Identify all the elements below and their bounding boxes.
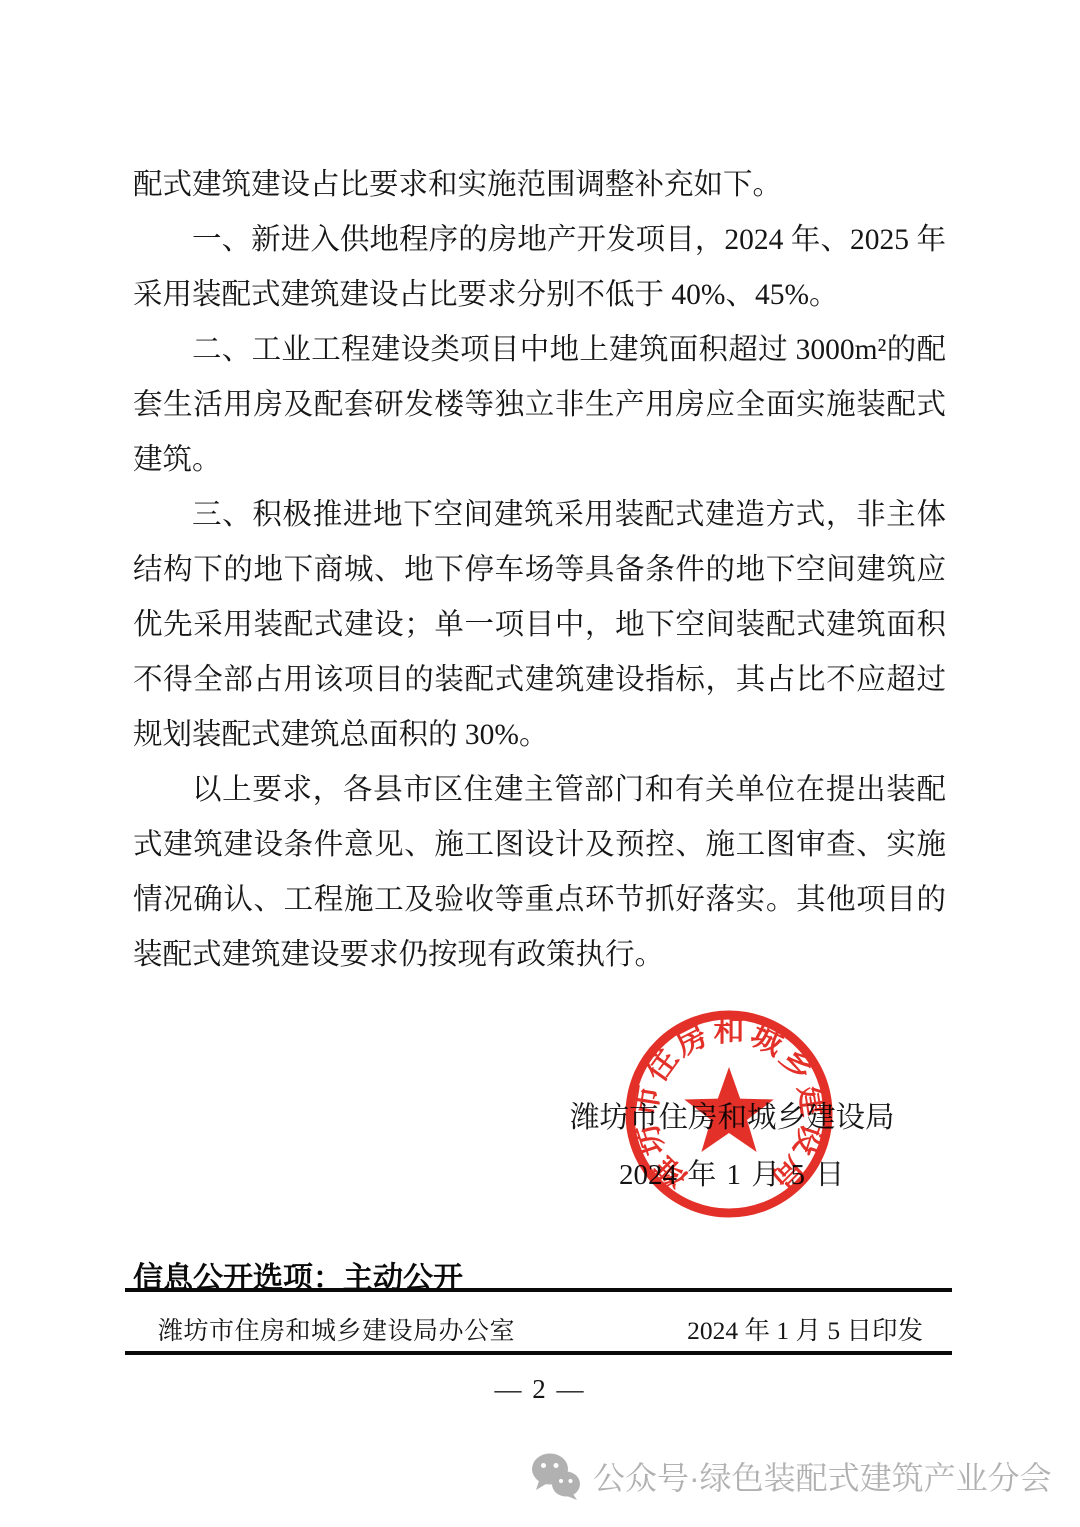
seal-char: 局 [765,1150,812,1197]
footer-divider-bottom [125,1351,952,1355]
watermark-label: 公众号·绿色装配式建筑产业分会 [593,1453,1052,1499]
official-seal-stamp: 潍 坊 市 住 房 和 城 乡 建 设 局 [617,1002,841,1226]
issuing-office: 潍坊市住房和城乡建设局办公室 [158,1311,515,1347]
seal-char: 乡 [773,1042,820,1088]
seal-star-icon [684,1067,773,1152]
document-page: 配式建筑建设占比要求和实施范围调整补充如下。 一、新进入供地程序的房地产开发项目… [0,0,1080,1527]
body-paragraph-closing: 以上要求，各县市区住建主管部门和有关单位在提出装配式建筑建设条件意见、施工图设计… [133,763,946,983]
seal-char: 和 [714,1013,745,1048]
page-number: — 2 — [0,1374,1080,1405]
body-paragraph-item-1: 一、新进入供地程序的房地产开发项目，2024 年、2025 年采用装配式建筑建设… [133,213,946,323]
seal-char: 建 [792,1083,831,1119]
seal-char: 市 [627,1083,666,1119]
print-date: 2024 年 1 月 5 日印发 [687,1311,923,1347]
document-body: 配式建筑建设占比要求和实施范围调整补充如下。 一、新进入供地程序的房地产开发项目… [133,158,946,983]
footer-divider-top [125,1288,952,1292]
body-paragraph-item-3: 三、积极推进地下空间建筑采用装配式建造方式，非主体结构下的地下商城、地下停车场等… [133,488,946,763]
body-paragraph-item-2: 二、工业工程建设类项目中地上建筑面积超过 3000m²的配套生活用房及配套研发楼… [133,323,946,488]
body-paragraph-continuation: 配式建筑建设占比要求和实施范围调整补充如下。 [133,158,946,213]
seal-char: 潍 [647,1150,694,1197]
watermark: 公众号·绿色装配式建筑产业分会 [531,1452,1052,1500]
wechat-icon [531,1452,581,1500]
